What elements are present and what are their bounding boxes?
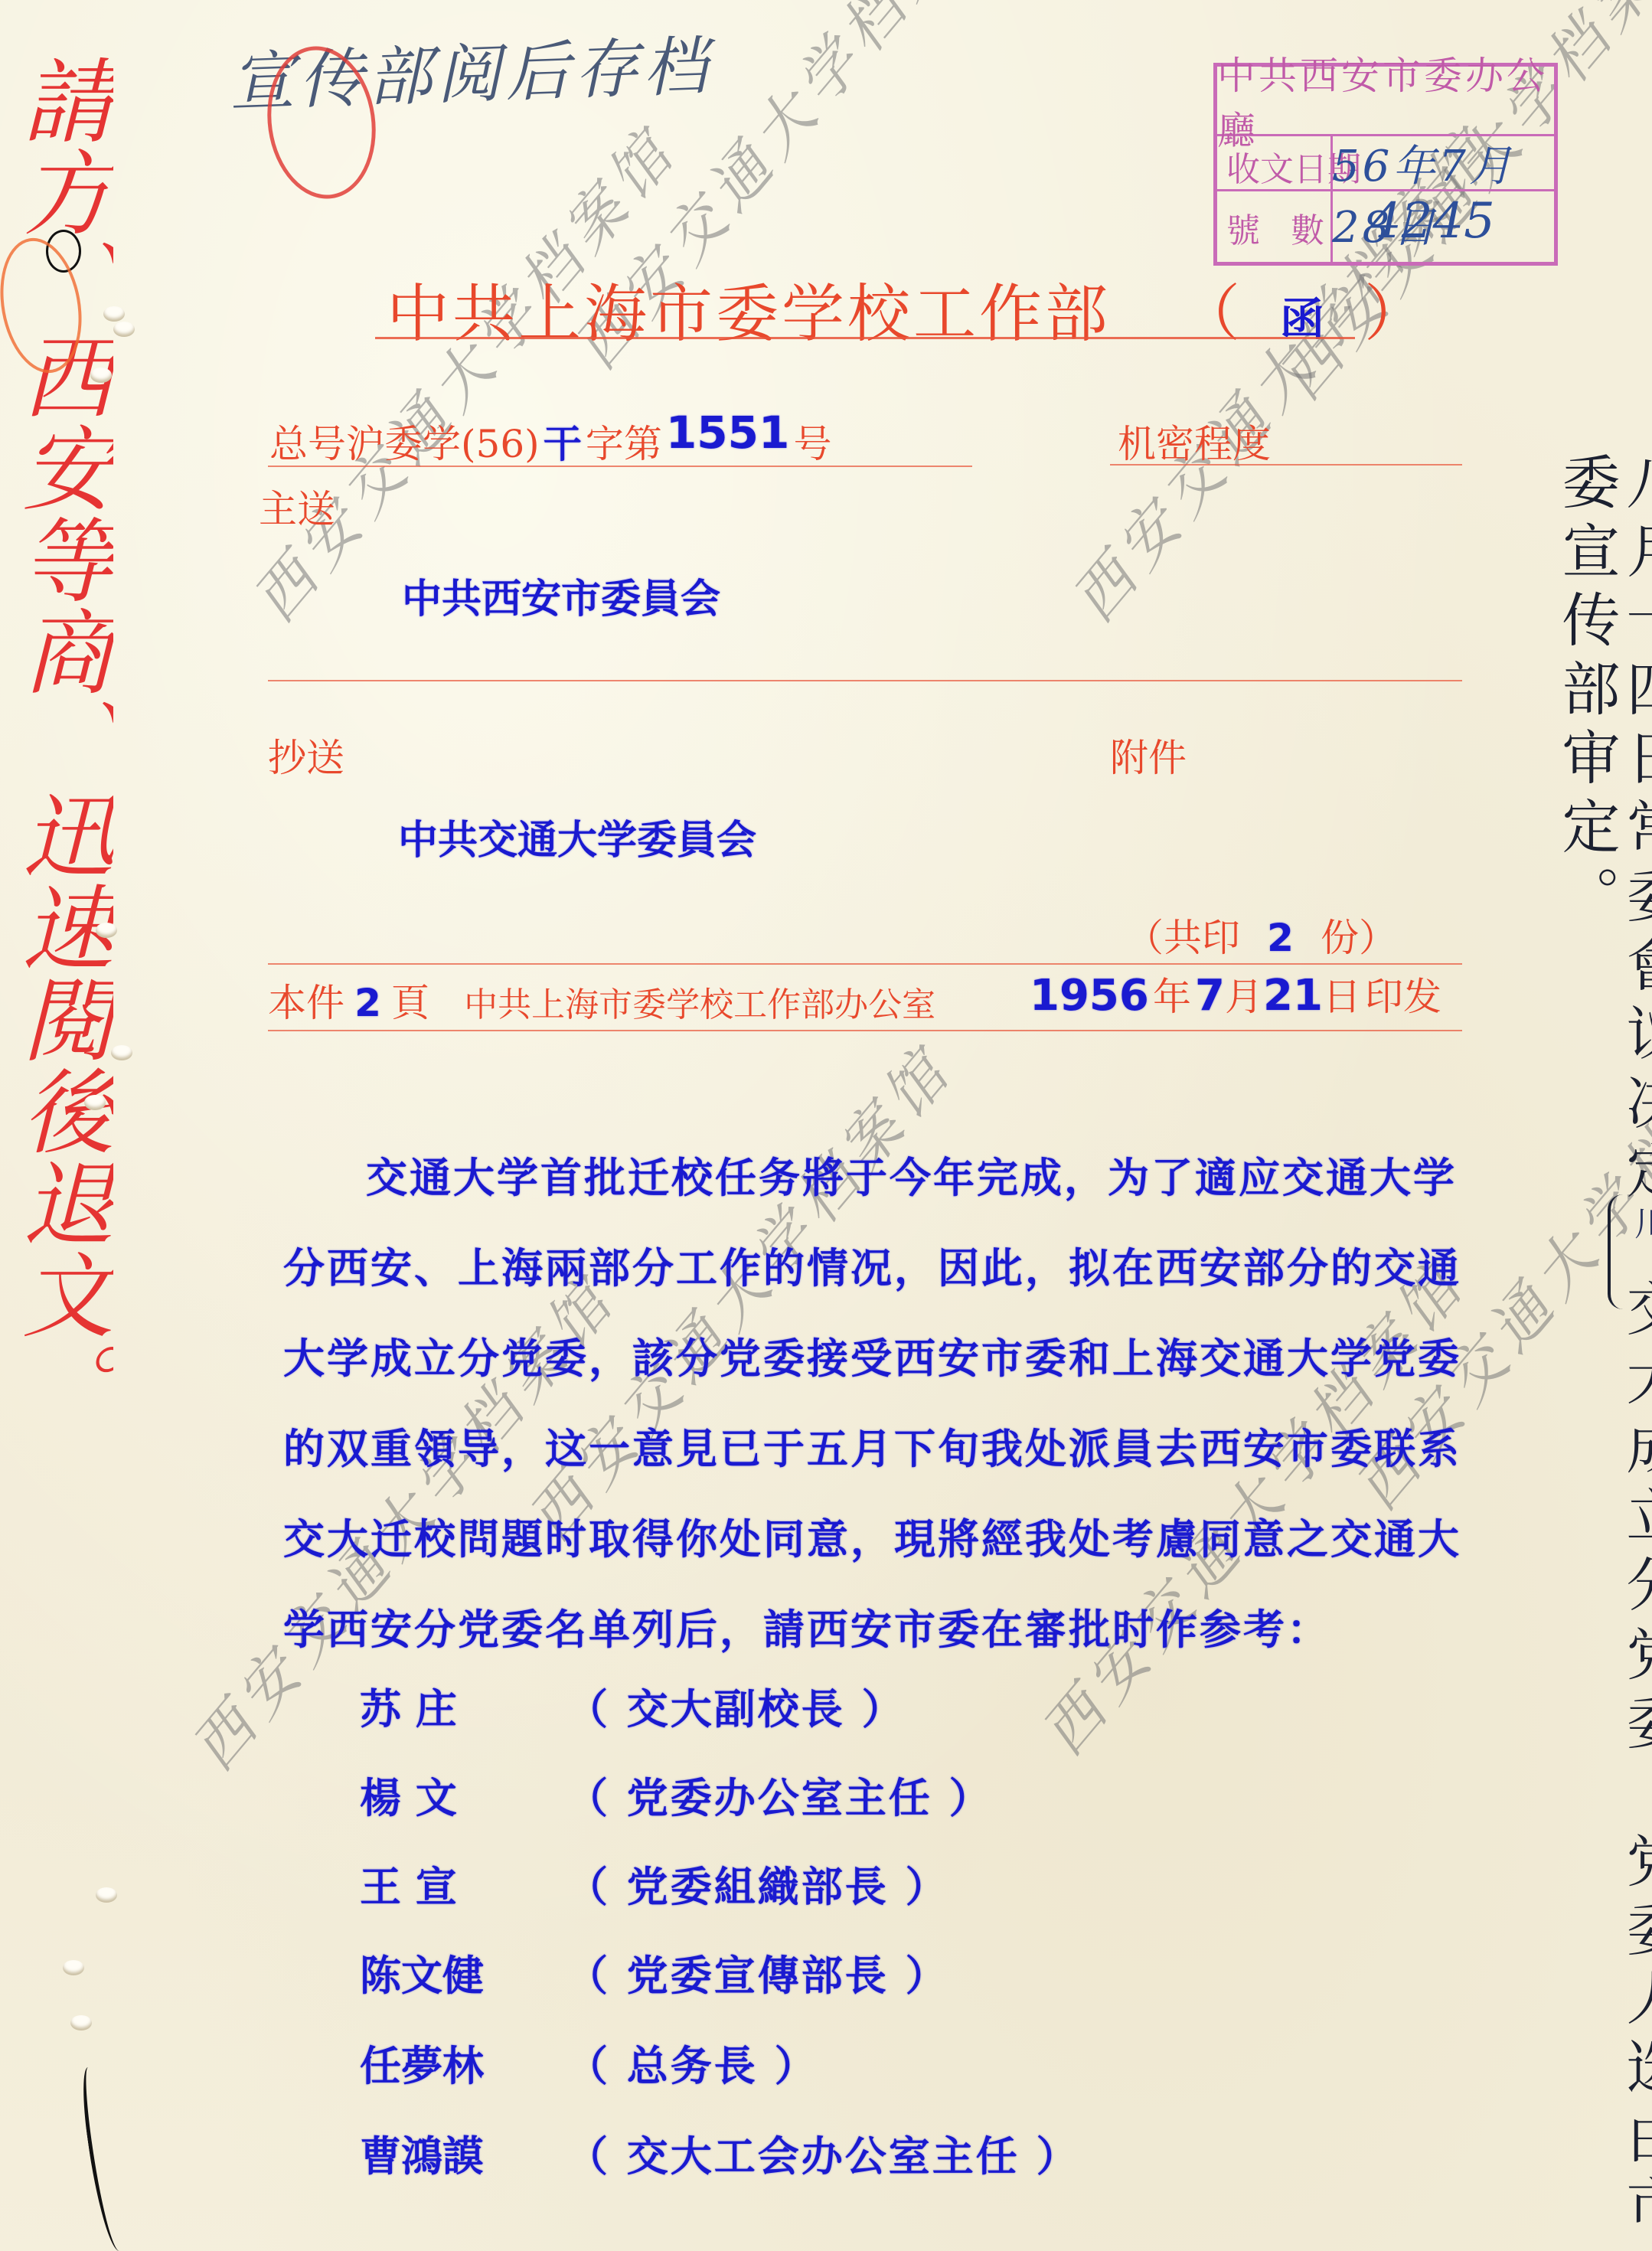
member-name: 陈文健 [360,1943,566,2002]
right-margin-annotation: 八月十四日常委會议决定：交大成立分党委，党委人选由市委宣传部审定。 [1554,452,1652,2251]
serial-char: 干 [544,422,582,466]
member-role: （ 党委宣傳部長 ） [566,1943,949,2002]
punch-hole [113,322,135,337]
main-recipient-label: 主送 [259,479,335,534]
copies-row: （共印 2 份） [1125,907,1397,962]
member-role: （ 党委組織部長 ） [566,1854,949,1913]
member-role: （ 交大工会办公室主任 ） [566,2124,1080,2183]
punch-hole [111,1045,132,1060]
attachment-label: 附件 [1110,727,1187,782]
serial-suffix: 号 [793,422,831,466]
issue-action: 印发 [1365,975,1441,1019]
punch-hole [96,923,117,938]
member-item: 曹鴻謨（ 交大工会办公室主任 ） [360,2124,1080,2185]
bracket-note: 川 [1623,1206,1652,1240]
member-name: 王 宣 [360,1854,566,1913]
secrecy-label: 机密程度 [1118,413,1271,469]
serial-mid: 字第 [586,422,662,466]
member-name: 曹鴻謨 [360,2124,566,2183]
issue-year-unit: 年 [1153,975,1191,1019]
issue-day-unit: 日 [1323,975,1361,1019]
member-item: 苏 庄（ 交大副校長 ） [360,1677,906,1738]
stamp-number-value: 4245 [1370,193,1495,250]
issue-year: 1956 [1030,971,1149,1021]
recipient-rule [268,680,1462,681]
punch-hole [63,1960,84,1975]
pages-count: 2 [348,981,387,1025]
paper-crack [77,2067,130,2251]
stamp-title: 中共西安市委办公廳 [1217,67,1554,136]
pages-suffix: 頁 [391,981,429,1025]
punch-hole [84,1095,106,1110]
cc-recipient: 中共交通大学委員会 [398,808,756,865]
member-role: （ 党委办公室主任 ） [566,1766,993,1825]
punch-hole [90,368,112,383]
copies-rule [268,963,1462,965]
body-paragraph: 交通大学首批迁校任务將于今年完成，为了適应交通大学分西安、上海兩部分工作的情况，… [283,1133,1477,1675]
serial-label: 总号沪委学(56) [269,422,540,466]
secrecy-rule [1110,464,1462,466]
issue-month: 7 [1195,971,1225,1021]
receipt-stamp: 中共西安市委办公廳 收文日期 號數 56年7月28日 4245 [1213,63,1558,266]
issue-date: 1956 年 7月21日 印发 [1030,966,1441,1021]
issuance-row: 本件 2 頁 中共上海市委学校工作部办公室 [268,972,935,1027]
paren-close: ） [1364,278,1425,349]
issue-month-unit: 月 [1225,975,1263,1019]
copies-count: 2 [1244,916,1317,960]
main-recipient: 中共西安市委員会 [402,567,720,624]
punch-hole [96,1887,117,1903]
cc-label: 抄送 [268,727,344,782]
member-name: 任夢林 [360,2034,566,2093]
copies-prefix: （共印 [1125,916,1240,960]
letterhead-title: 中共上海市委学校工作部 [387,264,1111,354]
copies-suffix: 份） [1321,916,1397,960]
punch-hole [70,2015,92,2030]
serial-number-row: 总号沪委学(56) 干 字第 1551 号 [269,413,831,469]
serial-number: 1551 [666,407,789,459]
issue-day: 21 [1263,971,1323,1021]
pages-prefix: 本件 [268,981,344,1025]
title-rule [375,337,1355,339]
punch-hole [103,306,125,322]
serial-rule [268,466,972,467]
member-item: 陈文健（ 党委宣傳部長 ） [360,1943,949,2004]
issuance-rule [268,1030,1462,1031]
member-item: 王 宣（ 党委組織部長 ） [360,1854,949,1916]
issuer: 中共上海市委学校工作部办公室 [433,985,935,1024]
member-name: 楊 文 [360,1766,566,1825]
bracket-mark [1608,1194,1624,1309]
member-item: 任夢林（ 总务長 ） [360,2034,818,2095]
member-role: （ 交大副校長 ） [566,1677,906,1736]
member-name: 苏 庄 [360,1677,566,1736]
member-item: 楊 文（ 党委办公室主任 ） [360,1766,993,1827]
member-role: （ 总务長 ） [566,2034,818,2093]
